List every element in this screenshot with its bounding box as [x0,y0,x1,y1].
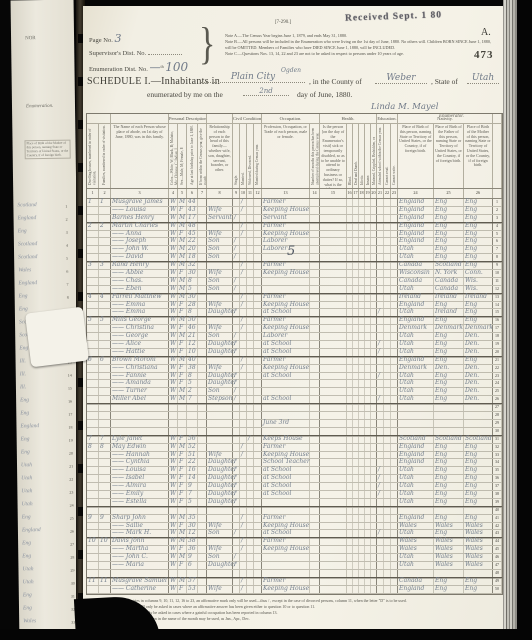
cell-cc3 [247,231,254,238]
cell-bp [398,404,434,411]
cell-a: 30 [187,270,198,277]
column-header: If born within the Census year, give the… [198,124,207,188]
cell-mb: Eng [464,444,493,451]
cell-n: 34 [493,459,502,466]
cell-cc1: / [233,238,240,245]
cell-mb: Den. [464,373,493,380]
cell-c: W [169,357,178,364]
cell-cc3 [247,428,254,435]
cell-un [310,562,320,569]
cell-fb: Eng [434,380,464,387]
cell-name: Barnes Henry [111,215,169,222]
cell-occ: School Teacher [262,459,310,466]
cell-bp: England [398,586,434,593]
cell-rel [207,262,233,269]
cell-hl [347,317,377,324]
cell-rel: Son [207,254,233,261]
cell-sick [320,333,347,340]
cell-mo [198,373,207,380]
cell-d: 9 [87,515,99,522]
cell-hl [347,444,377,451]
supervisor-label: Supervisor's Dist. No. [89,50,146,57]
cell-rel: Daughter [207,309,233,316]
cell-hl [347,207,377,214]
cell-a: 12 [187,341,198,348]
cell-mb: Den. [464,365,493,372]
cell-d [87,467,99,474]
cell-f [99,380,111,387]
cell-f [99,475,111,482]
cell-bp: Utah [398,333,434,340]
cell-s [178,570,187,577]
previous-page-word: Scotland [18,241,64,248]
cell-ed [377,420,398,427]
previous-page-word: Eng [23,605,69,612]
cell-cc1 [233,270,240,277]
enumeration-sup: th [160,64,163,69]
cell-mo [198,420,207,427]
cell-c: W [169,388,178,395]
previous-page-word: Eng [21,449,67,456]
previous-page-word: Wales [18,267,64,274]
cell-c: W [169,396,178,403]
cell-cc2: / [240,325,247,332]
cell-d: 3 [87,262,99,269]
cell-cc2 [240,404,247,411]
cell-name [111,404,169,411]
cell-c: W [169,365,178,372]
cell-mb: Den. [464,396,493,403]
previous-page-word: Eng [19,293,65,300]
cell-sick [320,373,347,380]
cell-s: F [178,475,187,482]
previous-page-word: Eng [22,514,68,521]
cell-rel: Daughter [207,491,233,498]
cell-hl [347,420,377,427]
cell-c: W [169,238,178,245]
cell-mo [198,483,207,490]
cell-cc2 [240,254,247,261]
cell-f [99,373,111,380]
cell-hl [347,199,377,206]
cell-occ: Keeping House [262,365,310,372]
cell-ed [377,215,398,222]
cell-hl [347,309,377,316]
cell-d [87,530,99,537]
cell-cc1: / [233,554,240,561]
enumerated-label: enumerated by me on the [147,90,223,99]
cell-s: F [178,302,187,309]
cell-f [99,459,111,466]
cell-occ: at School [262,309,310,316]
cell-cc4 [254,546,262,553]
cell-s: F [178,270,187,277]
column-header [493,124,502,188]
cell-a: 40 [187,357,198,364]
cell-occ: Keeping House [262,207,310,214]
previous-page-word: England [18,215,64,222]
previous-page-row-number: 2 [66,217,68,222]
cell-c: W [169,199,178,206]
cell-cc1 [233,294,240,301]
cell-c: W [169,262,178,269]
cell-bp: England [398,357,434,364]
cell-cc4 [254,507,262,514]
cell-mo [198,199,207,206]
group-header [493,114,502,124]
cell-ed: / [377,530,398,537]
cell-a: 17 [187,215,198,222]
column-number: 21 [377,189,384,198]
cell-un [310,491,320,498]
cell-d [87,523,99,530]
cell-un [310,475,320,482]
column-number: 3 [111,189,169,198]
cell-d [87,396,99,403]
cell-d [87,459,99,466]
cell-name [111,570,169,577]
cell-un [310,215,320,222]
cell-cc3 [247,286,254,293]
cell-d [87,507,99,514]
cell-s: M [178,396,187,403]
cell-d [87,286,99,293]
cell-un [310,349,320,356]
column-header-text: Profession, Occupation, or Trade of each… [262,125,309,139]
cell-c: W [169,302,178,309]
cell-n: 24 [493,380,502,387]
cell-cc2: / [240,523,247,530]
cell-a: 2 [187,388,198,395]
cell-hl [347,586,377,593]
cell-c: W [169,246,178,253]
cell-occ [262,404,310,411]
cell-name: —— Louisa [111,207,169,214]
cell-name: Mills George [111,317,169,324]
cell-mb [464,404,493,411]
cell-cc2 [240,380,247,387]
cell-f [99,325,111,332]
cell-c: W [169,294,178,301]
cell-occ: Keeping House [262,452,310,459]
cell-ed [377,436,398,443]
cell-d [87,373,99,380]
cell-f: 3 [99,262,111,269]
cell-hl [347,412,377,419]
cell-bp: Utah [398,373,434,380]
cell-cc2 [240,388,247,395]
cell-mo [198,507,207,514]
cell-f: 10 [99,538,111,545]
cell-mb: Eng [464,302,493,309]
cell-cc4 [254,302,262,309]
cell-c: W [169,562,178,569]
cell-fb: Eng [434,317,464,324]
cell-bp: England [398,215,434,222]
cell-hl [347,523,377,530]
cell-cc2: / [240,357,247,364]
cell-cc3 [247,459,254,466]
cell-rel: Wife [207,207,233,214]
cell-occ: Farmer [262,199,310,206]
cell-mo [198,231,207,238]
cell-n: 44 [493,538,502,545]
cell-cc3 [247,578,254,585]
cell-cc3 [247,570,254,577]
cell-cc2 [240,286,247,293]
cell-cc3 [247,270,254,277]
cell-mb [464,428,493,435]
cell-hl [347,380,377,387]
previous-page-row-number: 8 [67,295,69,300]
cell-c: W [169,309,178,316]
cell-name: —— Isabel [111,475,169,482]
cell-d [87,420,99,427]
column-header: Married. [240,124,247,188]
cell-n: 43 [493,530,502,537]
cell-d: 6 [87,357,99,364]
cell-sick [320,317,347,324]
cell-hl [347,365,377,372]
cell-n: 23 [493,373,502,380]
cell-occ: Farmer [262,357,310,364]
cell-cc2 [240,483,247,490]
cell-cc4 [254,538,262,545]
cell-n: 10 [493,270,502,277]
cell-mb: Eng [464,238,493,245]
table-row: 28 [87,412,502,420]
previous-page-word: England [18,280,64,287]
previous-page-row-number: 27 [70,542,74,547]
table-row: June 3rd29 [87,420,502,428]
previous-page-row-number: 5 [66,256,68,261]
cell-un [310,578,320,585]
cell-s: M [178,246,187,253]
cell-hl [347,428,377,435]
cell-cc1: / [233,309,240,316]
cell-cc3 [247,317,254,324]
cell-ed [377,262,398,269]
cell-ed [377,380,398,387]
cell-un [310,420,320,427]
cell-rel [207,436,233,443]
column-number: 8 [207,189,233,198]
cell-s: F [178,373,187,380]
cell-name: —— John W. [111,246,169,253]
cell-cc4 [254,483,262,490]
table-row: —— MariaWF6Daughter/UtahWalesWales47 [87,562,502,570]
cell-name: —— Martha [111,546,169,553]
cell-f: 9 [99,515,111,522]
cell-s: F [178,207,187,214]
cell-c: W [169,444,178,451]
cell-sick [320,436,347,443]
cell-un [310,231,320,238]
cell-ed [377,412,398,419]
cell-f [99,412,111,419]
column-header: Sex—Male, M; Female, F. [178,124,187,188]
cell-cc2 [240,420,247,427]
cell-cc1 [233,404,240,411]
previous-page-row-number: 15 [68,386,72,391]
cell-fb [434,420,464,427]
cell-c: W [169,286,178,293]
cell-sick [320,412,347,419]
cell-fb: Eng [434,302,464,309]
cell-name: —— Eben [111,286,169,293]
cell-a [187,507,198,514]
cell-un [310,452,320,459]
cell-cc1 [233,436,240,443]
column-header-text: Dwelling houses, numbered in order of vi… [87,125,98,185]
cell-f [99,238,111,245]
cell-occ: at School [262,530,310,537]
cell-fb: Eng [434,341,464,348]
cell-mb: Eng [464,586,493,593]
cell-cc3 [247,294,254,301]
cell-cc3 [247,546,254,553]
cell-cc4 [254,404,262,411]
cell-bp: Utah [398,562,434,569]
cell-fb: Eng [434,530,464,537]
cell-c [169,420,178,427]
cell-ed [377,538,398,545]
cell-cc4 [254,246,262,253]
cell-cc2 [240,278,247,285]
cell-cc2: / [240,223,247,230]
cell-a: 5 [187,499,198,506]
cell-f [99,215,111,222]
cell-cc4 [254,452,262,459]
cell-cc1 [233,317,240,324]
cell-name: —— Christiana [111,365,169,372]
cell-ed [377,562,398,569]
cell-name: Sharp John [111,515,169,522]
cell-a: 9 [187,483,198,490]
cell-cc2: / [240,294,247,301]
cell-name [111,507,169,514]
cell-a: 38 [187,538,198,545]
cell-fb: Scotland [434,436,464,443]
cell-mb [464,420,493,427]
cell-d: 11 [87,578,99,585]
cell-fb: Eng [434,483,464,490]
cell-cc4 [254,254,262,261]
cell-mb: Eng [464,578,493,585]
cell-hl [347,404,377,411]
cell-fb: Eng [434,254,464,261]
cell-ed [377,507,398,514]
cell-f: 4 [99,294,111,301]
cell-a: 50 [187,317,198,324]
cell-bp: Utah [398,388,434,395]
cell-hl [347,459,377,466]
cell-sick [320,475,347,482]
column-header-text: If born within the Census year, give the… [198,125,207,185]
column-header: Place of Birth of this person, naming St… [398,124,434,188]
cell-hl [347,223,377,230]
cell-cc2 [240,570,247,577]
column-header-text: Cannot read. [384,125,390,185]
cell-cc1: / [233,215,240,222]
cell-mo [198,380,207,387]
cell-rel: Wife [207,302,233,309]
column-header-text: The Name of each Person whose place of a… [111,125,168,139]
cell-bp: Denmark [398,325,434,332]
cell-d [87,246,99,253]
cell-sick [320,349,347,356]
cell-c: W [169,459,178,466]
cell-a: 12 [187,530,198,537]
cell-mb: Eng [464,499,493,506]
cell-fb: Canada [434,278,464,285]
cell-cc1: / [233,254,240,261]
cell-cc4 [254,278,262,285]
cell-d [87,215,99,222]
cell-hl [347,215,377,222]
cell-fb: Eng [434,452,464,459]
cell-s: M [178,554,187,561]
cell-c [169,428,178,435]
cell-un [310,278,320,285]
cell-mo [198,262,207,269]
column-header: Profession, Occupation, or Trade of each… [262,124,310,188]
cell-c: W [169,373,178,380]
column-header-text: Attended school within the Census year. [377,125,383,185]
cell-f [99,254,111,261]
previous-page-word: Eng [21,436,67,443]
cell-mb: Eng [464,475,493,482]
cell-cc2: / [240,270,247,277]
cell-ed: / [377,309,398,316]
cell-s: M [178,238,187,245]
cell-mo [198,349,207,356]
cell-ed [377,554,398,561]
cell-rel: Son [207,554,233,561]
cell-fb: Den. [434,365,464,372]
cell-a: 36 [187,546,198,553]
previous-page-row-number: 4 [66,243,68,248]
cell-mo [198,309,207,316]
cell-mb: Wales [464,538,493,545]
cell-sick [320,215,347,222]
cell-f [99,396,111,403]
cell-f: 7 [99,436,111,443]
cell-n: 29 [493,420,502,427]
cell-fb: Eng [434,231,464,238]
cell-rel: Stepson [207,396,233,403]
cell-name: —— Alice [111,341,169,348]
cell-mb [464,412,493,419]
cell-cc3 [247,254,254,261]
cell-d [87,309,99,316]
previous-page-row-number: 18 [68,425,72,430]
cell-cc4 [254,491,262,498]
cell-sick [320,396,347,403]
cell-sick [320,246,347,253]
cell-n: 33 [493,452,502,459]
cell-ed [377,246,398,253]
cell-cc1 [233,586,240,593]
previous-page-row-number: 25 [70,516,74,521]
cell-un [310,459,320,466]
cell-cc3 [247,586,254,593]
cell-cc4 [254,380,262,387]
previous-page-row-number: 29 [70,568,74,573]
cell-cc3 [247,491,254,498]
cell-name: —— Mark H. [111,530,169,537]
cell-a [187,420,198,427]
